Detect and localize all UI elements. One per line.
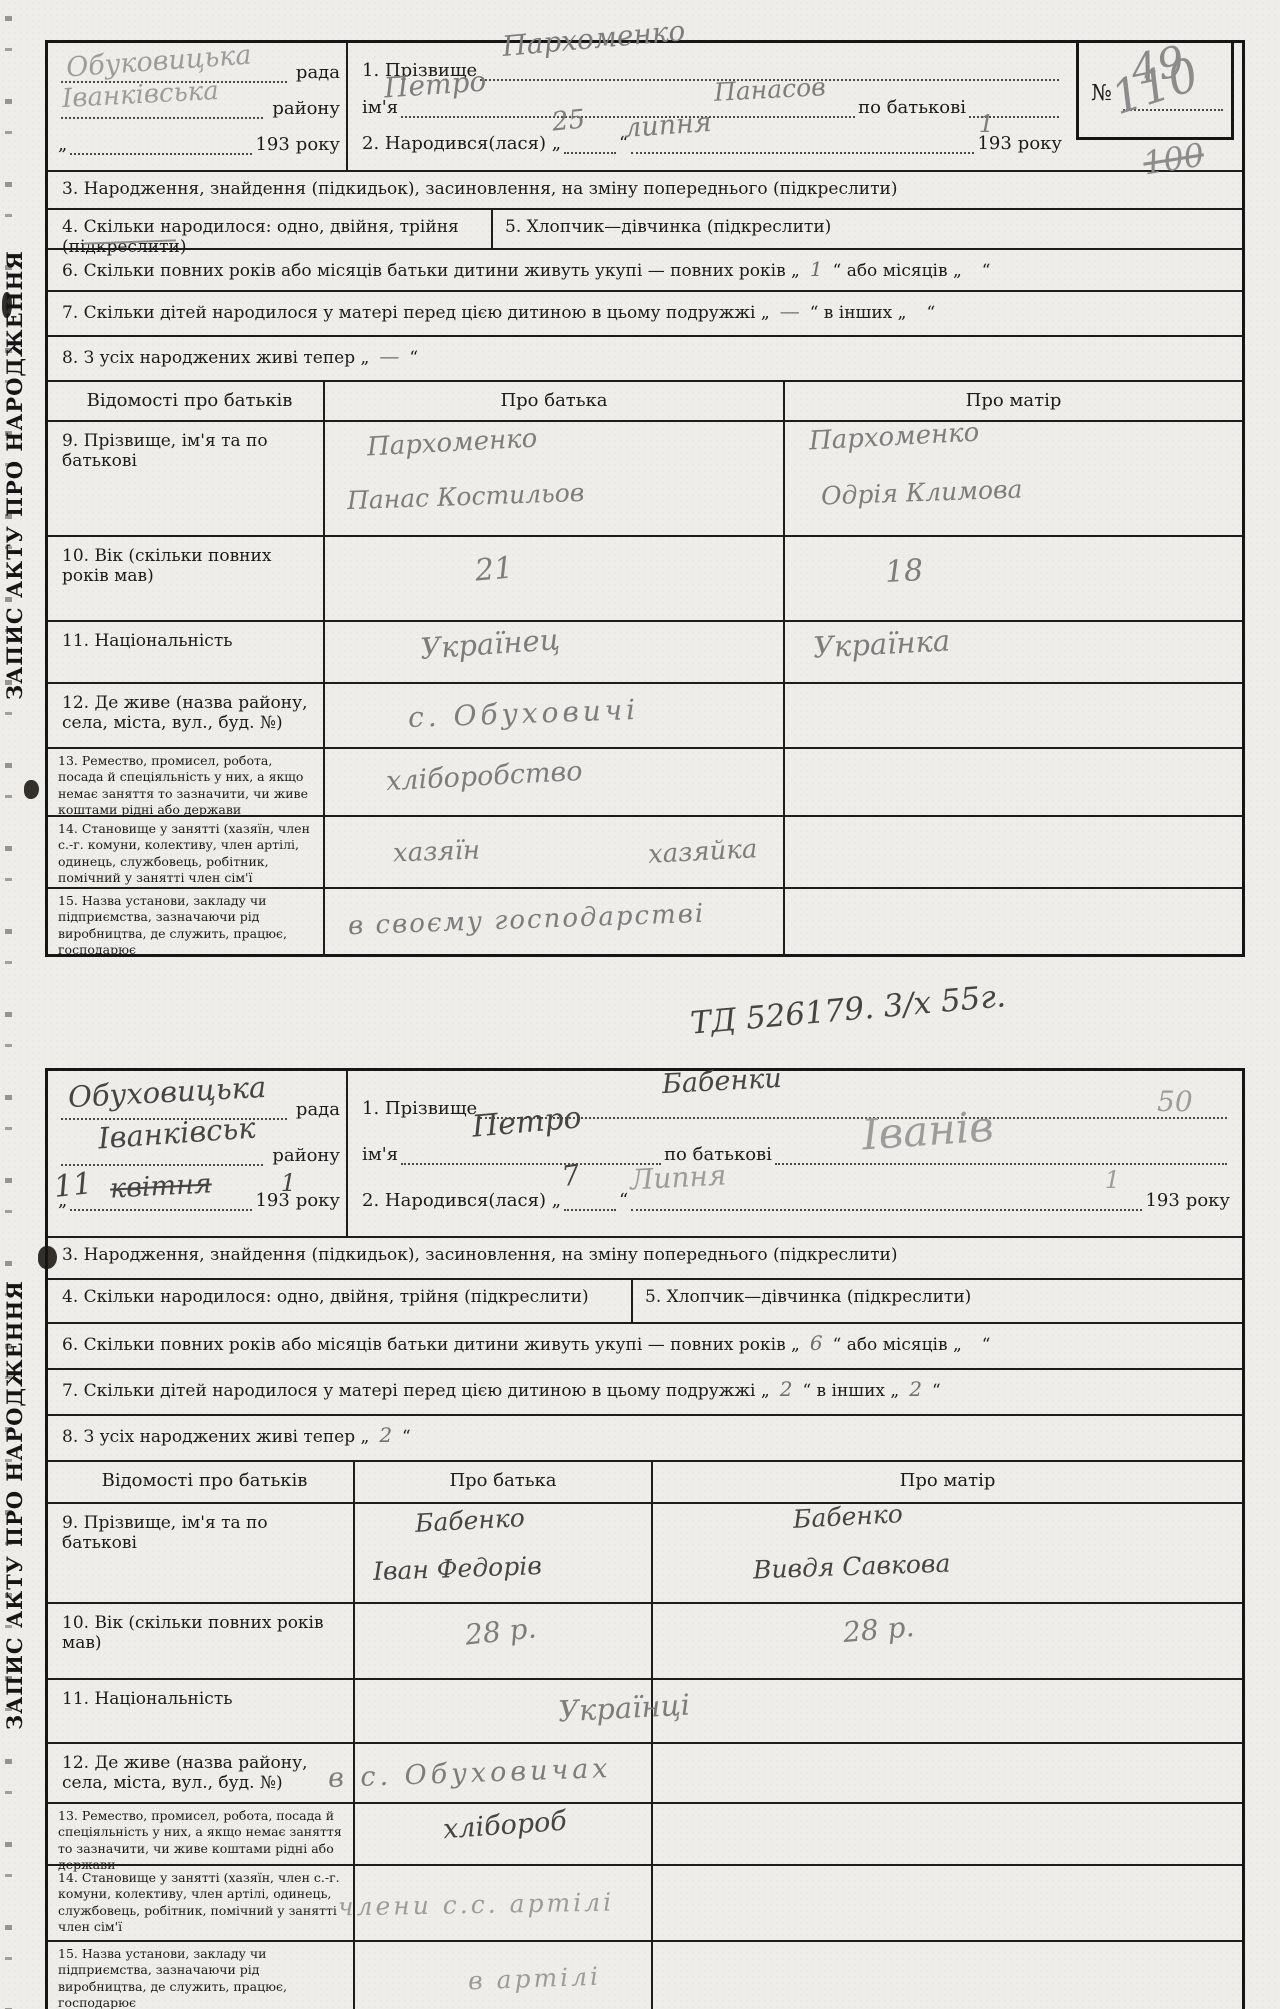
form2-row-5: 5. Хлопчик—дівчинка (підкреслити) [633, 1280, 1242, 1322]
record1-birth-month-handwriting: липня [623, 109, 712, 142]
form2-residence-cell-mother [653, 1744, 1242, 1802]
form1-row-10: 10. Вік (скільки повних років мав) 21 18 [48, 535, 1242, 620]
record2-mother-surname-handwriting: Бабенко [792, 1501, 903, 1532]
record1-birth-day-handwriting: 25 [551, 106, 587, 135]
form2-mother-age-cell: 28 р. [653, 1604, 1242, 1678]
form1-row-4-5: 4. Скільки народилося: одно, двійня, трі… [48, 208, 1242, 248]
form1-father-nationality-cell: Українец [325, 622, 785, 682]
side-title-record2: ЗАПИС АКТУ ПРО НАРОДЖЕННЯ [2, 1235, 44, 1775]
record2-father-name-handwriting: Іван Федорів [373, 1553, 543, 1584]
th-father: Про батька [355, 1462, 653, 1502]
row7-label: 7. Скільки дітей народилося у матері пер… [62, 1381, 770, 1401]
roku-label: року [1180, 1190, 1230, 1211]
row9-label: 9. Прізвище, ім'я та по батькові [48, 422, 325, 535]
form2-header-right: 1. Прізвище Бабенки 50 ім'я по батькові … [348, 1071, 1242, 1236]
form2-header-left: рада Обуховицька району Іванківськ „ 193… [48, 1071, 348, 1236]
roku-label: року [290, 1190, 340, 1211]
form1-header-left: рада Обуковицька району Іванківська „ 19… [48, 43, 348, 170]
record2-patronymic-handwriting: Іванів [861, 1106, 995, 1157]
row8-label: 8. З усіх народжених живі тепер „ [62, 348, 369, 368]
record2-mother-name-handwriting: Вивдя Савкова [753, 1551, 951, 1583]
name-label: ім'я [362, 1144, 398, 1165]
form2-row-9: 9. Прізвище, ім'я та по батькові Бабенко… [48, 1502, 1242, 1602]
record2-name-handwriting: Петро [471, 1103, 583, 1142]
record2-father-age-handwriting: 28 р. [464, 1614, 538, 1649]
form1-row-15: 15. Назва установи, закладу чи підприємс… [48, 887, 1242, 957]
form2-mother-name-cell: Бабенко Вивдя Савкова [653, 1504, 1242, 1602]
form1-parents-table-header: Відомості про батьків Про батька Про мат… [48, 380, 1242, 420]
form1-mother-nationality-cell: Українка [785, 622, 1242, 682]
record1-alive-now-handwriting: — [369, 344, 409, 368]
row9-label: 9. Прізвище, ім'я та по батькові [48, 1504, 355, 1602]
form2-row-14: 14. Становище у занятті (хазяїн, член с.… [48, 1864, 1242, 1940]
form1-residence-cell-mother [785, 684, 1242, 747]
form1-row-14: 14. Становище у занятті (хазяїн, член с.… [48, 815, 1242, 887]
form1-row-5: 5. Хлопчик—дівчинка (підкреслити) [493, 210, 1242, 248]
row10-label: 10. Вік (скільки повних років мав) [48, 537, 325, 620]
form2-position-cell-mother [653, 1866, 1242, 1940]
th-mother: Про матір [785, 382, 1242, 420]
archival-stamp-note: ТД 526179. 3/х 55г. [689, 981, 1007, 1039]
row3-label: 3. Народження, знайдення (підкидьок), за… [62, 1245, 897, 1265]
record1-mother-nationality-handwriting: Українка [812, 626, 950, 662]
form2-date-line: „ 193 року 11 квітня 1 [58, 1189, 340, 1212]
row15-label: 15. Назва установи, закладу чи підприємс… [48, 889, 325, 957]
row14-label: 14. Становище у занятті (хазяїн, член с.… [48, 817, 325, 887]
row11-label: 11. Національність [48, 622, 325, 682]
quote-mark: “ [926, 303, 935, 323]
birth-record-form-2: рада Обуховицька району Іванківськ „ 193… [45, 1068, 1245, 2009]
row5-label: 5. Хлопчик—дівчинка (підкреслити) [505, 217, 831, 237]
record1-mother-name-handwriting: Одрія Климова [821, 476, 1023, 508]
scanned-birth-record-page: ЗАПИС АКТУ ПРО НАРОДЖЕННЯ ЗАПИС АКТУ ПРО… [0, 0, 1280, 2009]
born-label: 2. Народився(лася) „ [362, 133, 561, 154]
record1-mother-position-handwriting: хазяйка [647, 836, 758, 868]
form1-row-12: 12. Де живе (назва району, села, міста, … [48, 682, 1242, 747]
form1-father-age-cell: 21 [325, 537, 785, 620]
row13-label: 13. Ремество, промисел, робота, посада й… [48, 749, 325, 815]
form1-name-line: ім'я по батькові Петро Панасов [362, 95, 1062, 118]
form2-row-13: 13. Ремество, промисел, робота, посада й… [48, 1802, 1242, 1864]
record1-raion-handwriting: Іванківська [61, 78, 219, 112]
row8-label: 8. З усіх народжених живі тепер „ [62, 1427, 369, 1447]
form1-organization-cell-mother [785, 889, 1242, 957]
form2-father-age-cell: 28 р. [355, 1604, 653, 1678]
form2-father-name-cell: Бабенко Іван Федорів [355, 1504, 653, 1602]
record2-mother-age-handwriting: 28 р. [842, 1613, 916, 1647]
fill-line [480, 1096, 1227, 1119]
record2-date-month-handwriting: квітня [109, 1170, 212, 1202]
record2-birth-year-digit-handwriting: 1 [1105, 1168, 1120, 1192]
form1-row-3: 3. Народження, знайдення (підкидьок), за… [48, 170, 1242, 208]
th-parents: Відомості про батьків [48, 1462, 355, 1502]
record2-date-year-digit-handwriting: 1 [281, 1171, 296, 1195]
quote-mark: “ [932, 1381, 941, 1401]
form2-row-4: 4. Скільки народилося: одно, двійня, трі… [48, 1280, 633, 1322]
record2-birth-day-handwriting: 7 [560, 1161, 582, 1191]
record2-children-other-handwriting: 2 [899, 1377, 932, 1401]
record1-mother-surname-handwriting: Пархоменко [808, 420, 980, 455]
record1-residence-handwriting: с. Обуховичі [408, 696, 640, 732]
form2-header: рада Обуховицька району Іванківськ „ 193… [48, 1071, 1242, 1236]
record1-father-age-handwriting: 21 [474, 553, 515, 586]
form2-name-line: ім'я по батькові Петро Іванів [362, 1142, 1230, 1165]
form2-row-11: 11. Національність Українці [48, 1678, 1242, 1742]
born-label: 2. Народився(лася) „ [362, 1190, 561, 1211]
record2-number-handwriting: 50 [1157, 1088, 1193, 1116]
record1-patronymic-handwriting: Панасов [713, 74, 826, 105]
th-parents: Відомості про батьків [48, 382, 325, 420]
fill-line [775, 1142, 1227, 1165]
form1-row-6: 6. Скільки повних років або місяців бать… [48, 248, 1242, 290]
form2-raion-line: району Іванківськ [58, 1143, 340, 1166]
record1-children-other-handwriting [906, 299, 926, 323]
form1-row-11: 11. Національність Українец Українка [48, 620, 1242, 682]
row3-label: 3. Народження, знайдення (підкидьок), за… [62, 179, 897, 199]
form2-row-4-5: 4. Скільки народилося: одно, двійня, трі… [48, 1278, 1242, 1322]
form2-row-10: 10. Вік (скільки повних років мав) 28 р.… [48, 1602, 1242, 1678]
form1-mother-age-cell: 18 [785, 537, 1242, 620]
quote-mark: “ [409, 348, 418, 368]
roku-label: року [1012, 133, 1062, 154]
record2-occupation-handwriting: хлібороб [442, 1808, 567, 1844]
record1-father-nationality-handwriting: Українец [419, 625, 561, 664]
form2-row-12: 12. Де живе (назва району, села, міста, … [48, 1742, 1242, 1802]
record2-organization-handwriting: в артілі [468, 1964, 602, 1994]
rada-label: рада [290, 62, 340, 83]
record1-mother-age-handwriting: 18 [884, 556, 924, 588]
row13-label: 13. Ремество, промисел, робота, посада й… [48, 1804, 355, 1864]
form2-row-7: 7. Скільки дітей народилося у матері пер… [48, 1368, 1242, 1414]
raionu-label: району [266, 1145, 340, 1166]
row12-label: 12. Де живе (назва району, села, міста, … [48, 1744, 355, 1802]
form1-birthdate-line: 2. Народився(лася) „ “ 193 року 25 липня… [362, 132, 1062, 155]
row6-label: 6. Скільки повних років або місяців бать… [62, 261, 800, 281]
record2-alive-now-handwriting: 2 [369, 1423, 402, 1447]
form1-date-line: „ 193 року [58, 132, 340, 155]
row10-label: 10. Вік (скільки повних років мав) [48, 1604, 355, 1678]
record1-father-position-handwriting: хазяїн [393, 837, 481, 866]
row6-label-mid: “ або місяців „ [833, 1335, 962, 1355]
form2-row-3: 3. Народження, знайдення (підкидьок), за… [48, 1236, 1242, 1278]
record1-birth-year-digit-handwriting: 1 [979, 112, 994, 136]
roku-label: року [290, 134, 340, 155]
quote-mark: “ [982, 261, 991, 281]
form1-row-13: 13. Ремество, промисел, робота, посада й… [48, 747, 1242, 815]
form2-row-8: 8. З усіх народжених живі тепер „2“ [48, 1414, 1242, 1460]
form2-row-6: 6. Скільки повних років або місяців бать… [48, 1322, 1242, 1368]
row4-label: 4. Скільки народилося: одно, двійня, трі… [62, 1287, 589, 1307]
record1-name-handwriting: Петро [383, 68, 487, 103]
side-title-record1: ЗАПИС АКТУ ПРО НАРОДЖЕННЯ [2, 205, 44, 745]
row6-label: 6. Скільки повних років або місяців бать… [62, 1335, 800, 1355]
ink-blot [24, 780, 39, 799]
record1-months-together-blank [962, 257, 982, 281]
row11-label: 11. Національність [48, 1680, 355, 1742]
record2-months-together-blank [962, 1331, 982, 1355]
record2-years-together-handwriting: 6 [800, 1331, 833, 1355]
form1-header: рада Обуковицька району Іванківська „ 19… [48, 43, 1242, 170]
record1-years-together-handwriting: 1 [800, 257, 833, 281]
th-mother: Про матір [653, 1462, 1242, 1502]
raionu-label: району [266, 98, 340, 119]
quote-mark: “ [982, 1335, 991, 1355]
year-prefix: 193 [255, 134, 289, 155]
record2-birth-month-handwriting: Липня [629, 1162, 727, 1195]
surname-label: 1. Прізвище [362, 1098, 477, 1119]
fill-line [401, 1142, 661, 1165]
form2-occupation-cell-mother [653, 1804, 1242, 1864]
form1-row-7: 7. Скільки дітей народилося у матері пер… [48, 290, 1242, 335]
form1-occupation-cell-mother [785, 749, 1242, 815]
record1-father-name-handwriting: Панас Костильов [347, 480, 585, 513]
birth-record-form-1: 110 100 рада Обуковицька району Іванківс… [45, 40, 1245, 957]
rada-label: рада [290, 1099, 340, 1120]
fill-line [70, 132, 252, 155]
quote-mark: „ [58, 134, 67, 155]
form2-organization-cell-mother [653, 1942, 1242, 2009]
record1-surname-handwriting: Пархоменко [501, 17, 686, 61]
form1-mother-name-cell: Пархоменко Одрія Климова [785, 422, 1242, 535]
record2-children-before-handwriting: 2 [770, 1377, 803, 1401]
row7-label: 7. Скільки дітей народилося у матері пер… [62, 303, 770, 323]
record2-position-handwriting: члени с.с. артілі [338, 1890, 615, 1920]
row15-label: 15. Назва установи, закладу чи підприємс… [48, 1942, 355, 2009]
form1-raion-line: району Іванківська [58, 96, 340, 119]
patronymic-label: по батькові [858, 97, 966, 118]
record1-children-before-handwriting: — [770, 299, 810, 323]
row7-label-mid: “ в інших „ [802, 1381, 899, 1401]
form1-mother-position-cell [785, 817, 1242, 887]
record2-date-day-handwriting: 11 [53, 1169, 94, 1203]
record1-father-surname-handwriting: Пархоменко [366, 426, 538, 461]
th-father: Про батька [325, 382, 785, 420]
row12-label: 12. Де живе (назва району, села, міста, … [48, 684, 325, 747]
record2-surname-handwriting: Бабенки [661, 1065, 782, 1098]
row6-label-mid: “ або місяців „ [833, 261, 962, 281]
form1-father-name-cell: Пархоменко Панас Костильов [325, 422, 785, 535]
row14-label: 14. Становище у занятті (хазяїн, член с.… [48, 1866, 355, 1940]
quote-mark: “ [402, 1427, 411, 1447]
record2-nationality-handwriting: Українці [557, 1691, 690, 1727]
record1-number-alt2-handwriting: 100 [1141, 138, 1206, 179]
form2-parents-table-header: Відомості про батьків Про батька Про мат… [48, 1460, 1242, 1502]
form1-row-8: 8. З усіх народжених живі тепер „—“ [48, 335, 1242, 380]
form2-row-15: 15. Назва установи, закладу чи підприємс… [48, 1940, 1242, 2009]
year-prefix: 193 [1145, 1190, 1179, 1211]
form2-nationality-cell-mother [653, 1680, 1242, 1742]
row7-label-mid: “ в інших „ [810, 303, 907, 323]
row5-label: 5. Хлопчик—дівчинка (підкреслити) [645, 1287, 971, 1307]
form2-birthdate-line: 2. Народився(лася) „ “ 193 року 7 Липня … [362, 1188, 1230, 1211]
quote-mark: “ [619, 1190, 628, 1211]
form1-row-9: 9. Прізвище, ім'я та по батькові Пархоме… [48, 420, 1242, 535]
record2-father-surname-handwriting: Бабенко [414, 1505, 525, 1536]
